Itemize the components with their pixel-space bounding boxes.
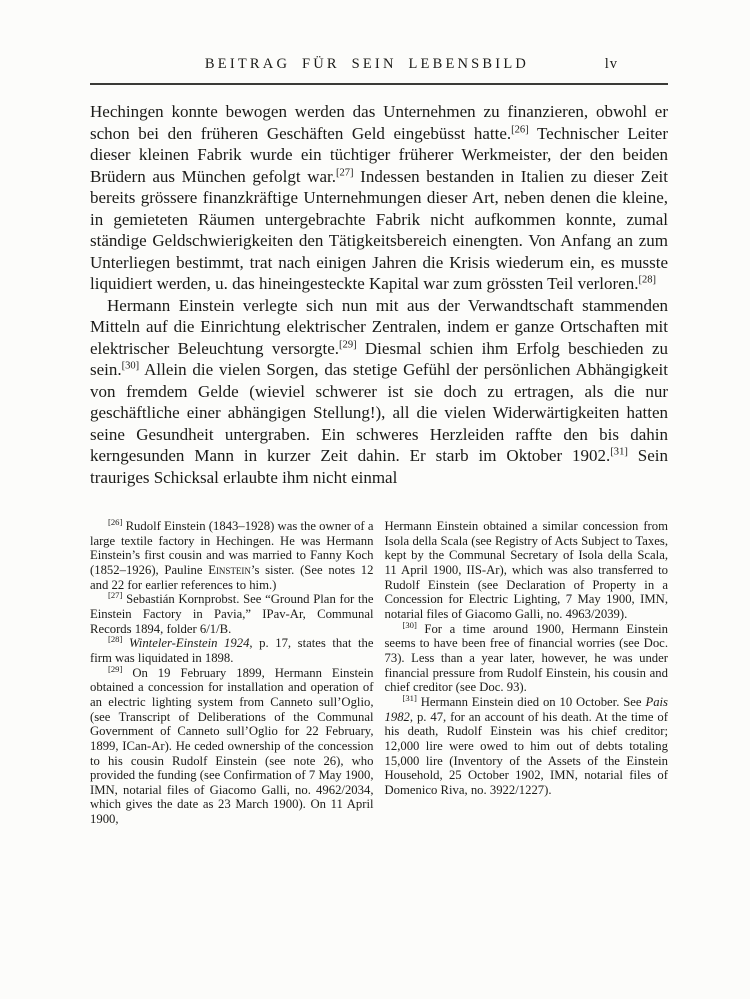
footnote-ref: [31]	[403, 693, 417, 703]
smallcaps-text: Einstein	[208, 563, 251, 577]
footnote-31: [31] Hermann Einstein died on 10 October…	[385, 695, 669, 798]
footnote-29-part-1: [29] On 19 February 1899, Hermann Einste…	[90, 666, 374, 827]
main-text-block: Hechingen konnte bewogen werden das Unte…	[90, 101, 668, 488]
running-header: BEITRAG FÜR SEIN LEBENSBILD lv	[90, 56, 668, 85]
footnote-ref: [29]	[339, 339, 357, 350]
text-run: , p. 47, for an account of his death. At…	[385, 710, 669, 797]
footnote-ref: [31]	[610, 446, 628, 457]
footnote-ref: [27]	[108, 590, 122, 600]
italic-text: Winteler-Einstein 1924	[129, 636, 249, 650]
footnote-28: [28] Winteler-Einstein 1924, p. 17, stat…	[90, 636, 374, 665]
footnote-ref: [29]	[108, 663, 122, 673]
footnote-ref: [28]	[638, 274, 656, 285]
footnote-ref: [26]	[108, 517, 122, 527]
page-number: lv	[605, 56, 618, 73]
footnote-ref: [26]	[511, 124, 529, 135]
footnote-column-right: Hermann Einstein obtained a similar conc…	[385, 519, 669, 827]
text-run: Allein die vielen Sorgen, das stetige Ge…	[90, 360, 668, 465]
book-page: BEITRAG FÜR SEIN LEBENSBILD lv Hechingen…	[0, 0, 750, 999]
paragraph-1: Hechingen konnte bewogen werden das Unte…	[90, 101, 668, 295]
text-run: On 19 February 1899, Hermann Einstein ob…	[90, 666, 374, 827]
running-head-title: BEITRAG FÜR SEIN LEBENSBILD	[78, 56, 656, 73]
footnote-27: [27] Sebastián Kornprobst. See “Ground P…	[90, 592, 374, 636]
footnote-ref: [30]	[122, 360, 140, 371]
text-run: Sebastián Kornprobst. See “Ground Plan f…	[90, 592, 374, 635]
footnote-ref: [30]	[403, 619, 417, 629]
footnotes-section: [26] Rudolf Einstein (1843–1928) was the…	[90, 519, 668, 827]
footnote-ref: [27]	[336, 167, 354, 178]
text-run: For a time around 1900, Hermann Einstein…	[385, 622, 669, 695]
footnote-26: [26] Rudolf Einstein (1843–1928) was the…	[90, 519, 374, 592]
footnote-ref: [28]	[108, 634, 122, 644]
footnote-column-left: [26] Rudolf Einstein (1843–1928) was the…	[90, 519, 374, 827]
footnote-30: [30] For a time around 1900, Hermann Ein…	[385, 622, 669, 695]
text-run: Hermann Einstein died on 10 October. See	[417, 695, 646, 709]
footnote-29-part-2: Hermann Einstein obtained a similar conc…	[385, 519, 669, 622]
text-run: Hermann Einstein obtained a similar conc…	[385, 519, 669, 621]
paragraph-2: Hermann Einstein verlegte sich nun mit a…	[90, 295, 668, 489]
